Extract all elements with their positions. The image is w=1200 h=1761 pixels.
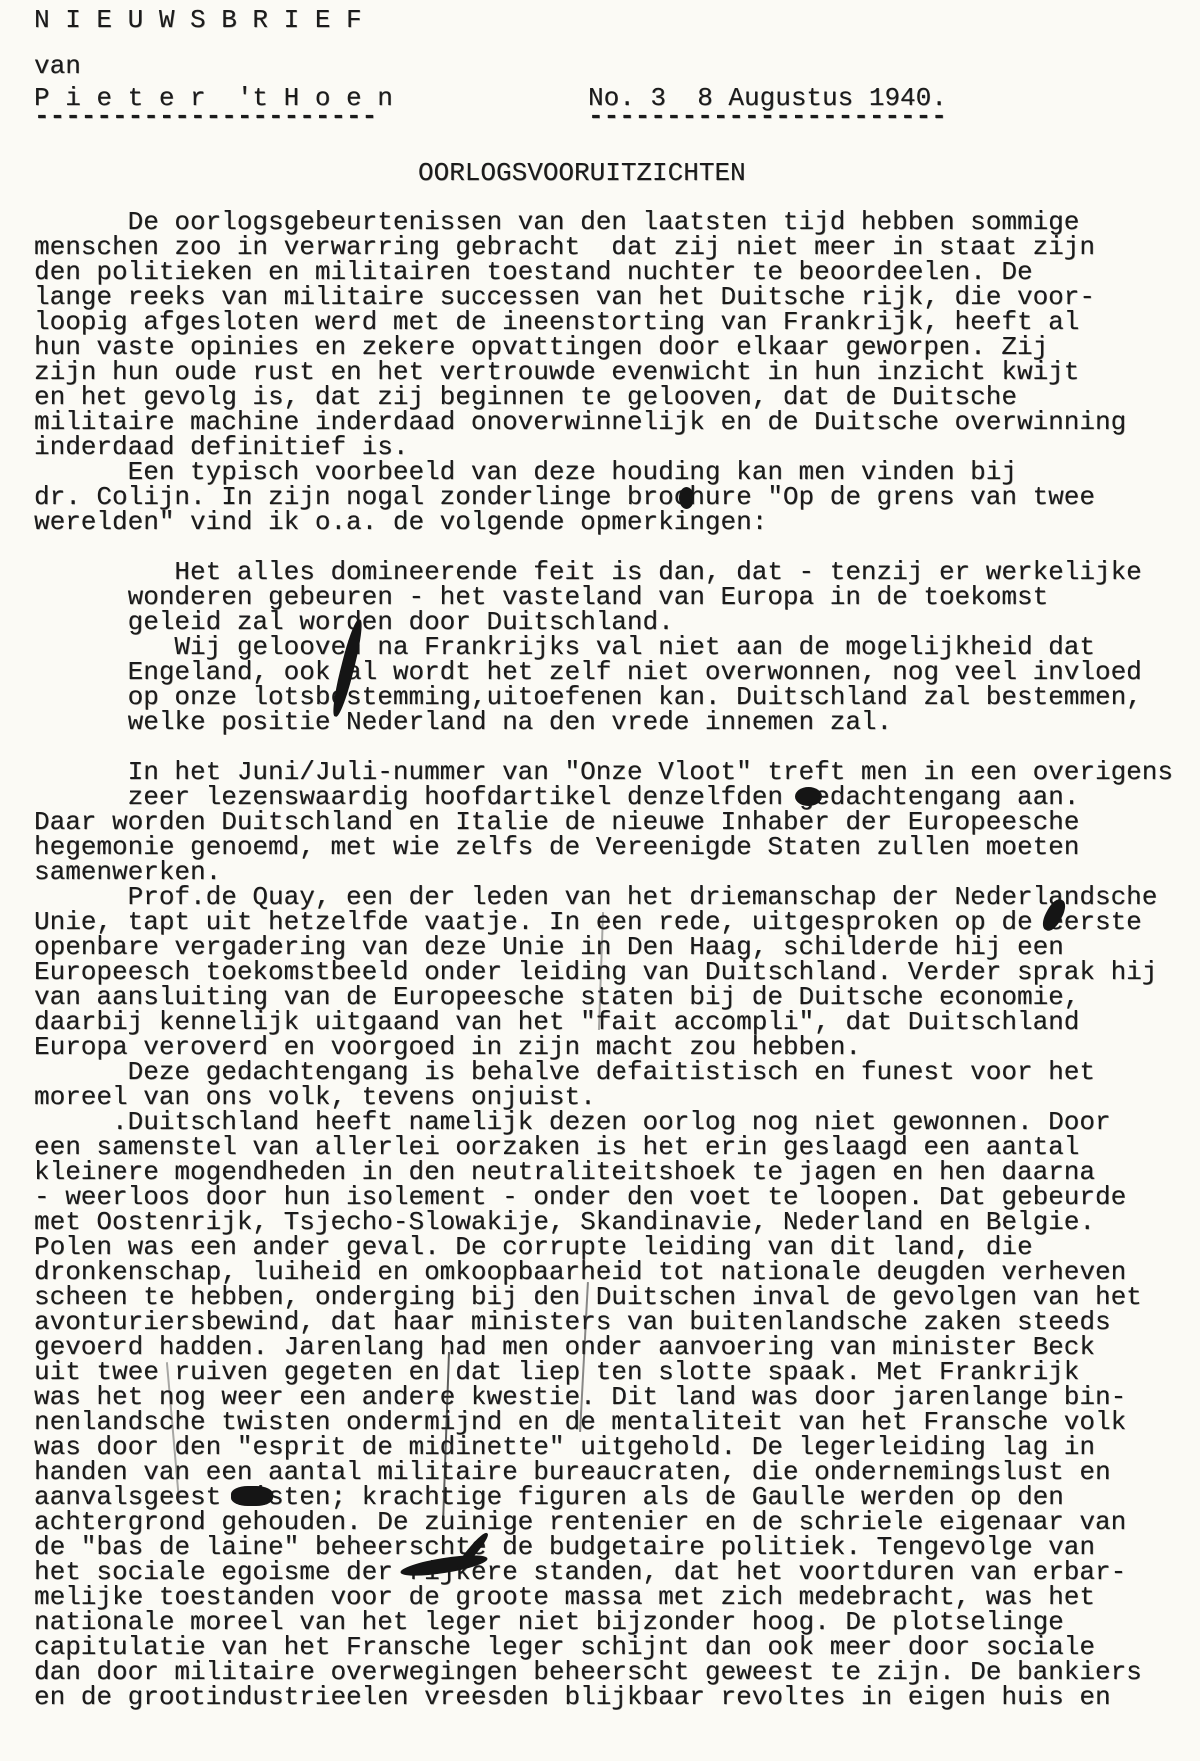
article-body: De oorlogsgebeurtenissen van den laatste… [34,210,1173,1710]
ink-blot [231,1486,273,1506]
ink-blot [795,787,822,806]
newsletter-page: N I E U W S B R I E F van P i e t e r 't… [0,0,1200,1761]
masthead-title: N I E U W S B R I E F [34,8,362,33]
dashed-rule-left: ---------------------- [34,104,377,129]
ink-blot [679,487,694,509]
dashed-rule-right: ----------------------- [588,104,947,129]
article-title: OORLOGSVOORUITZICHTEN [418,161,746,186]
masthead-subtitle: van [34,54,81,79]
